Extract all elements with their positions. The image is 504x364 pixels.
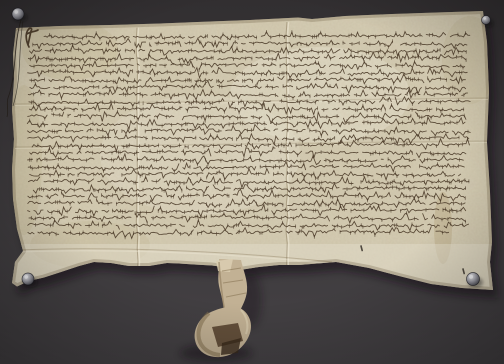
charter-photo-canvas (0, 0, 504, 364)
vignette (0, 0, 504, 364)
charter-photograph: Colour photograph of a mediaeval parchme… (0, 0, 504, 364)
